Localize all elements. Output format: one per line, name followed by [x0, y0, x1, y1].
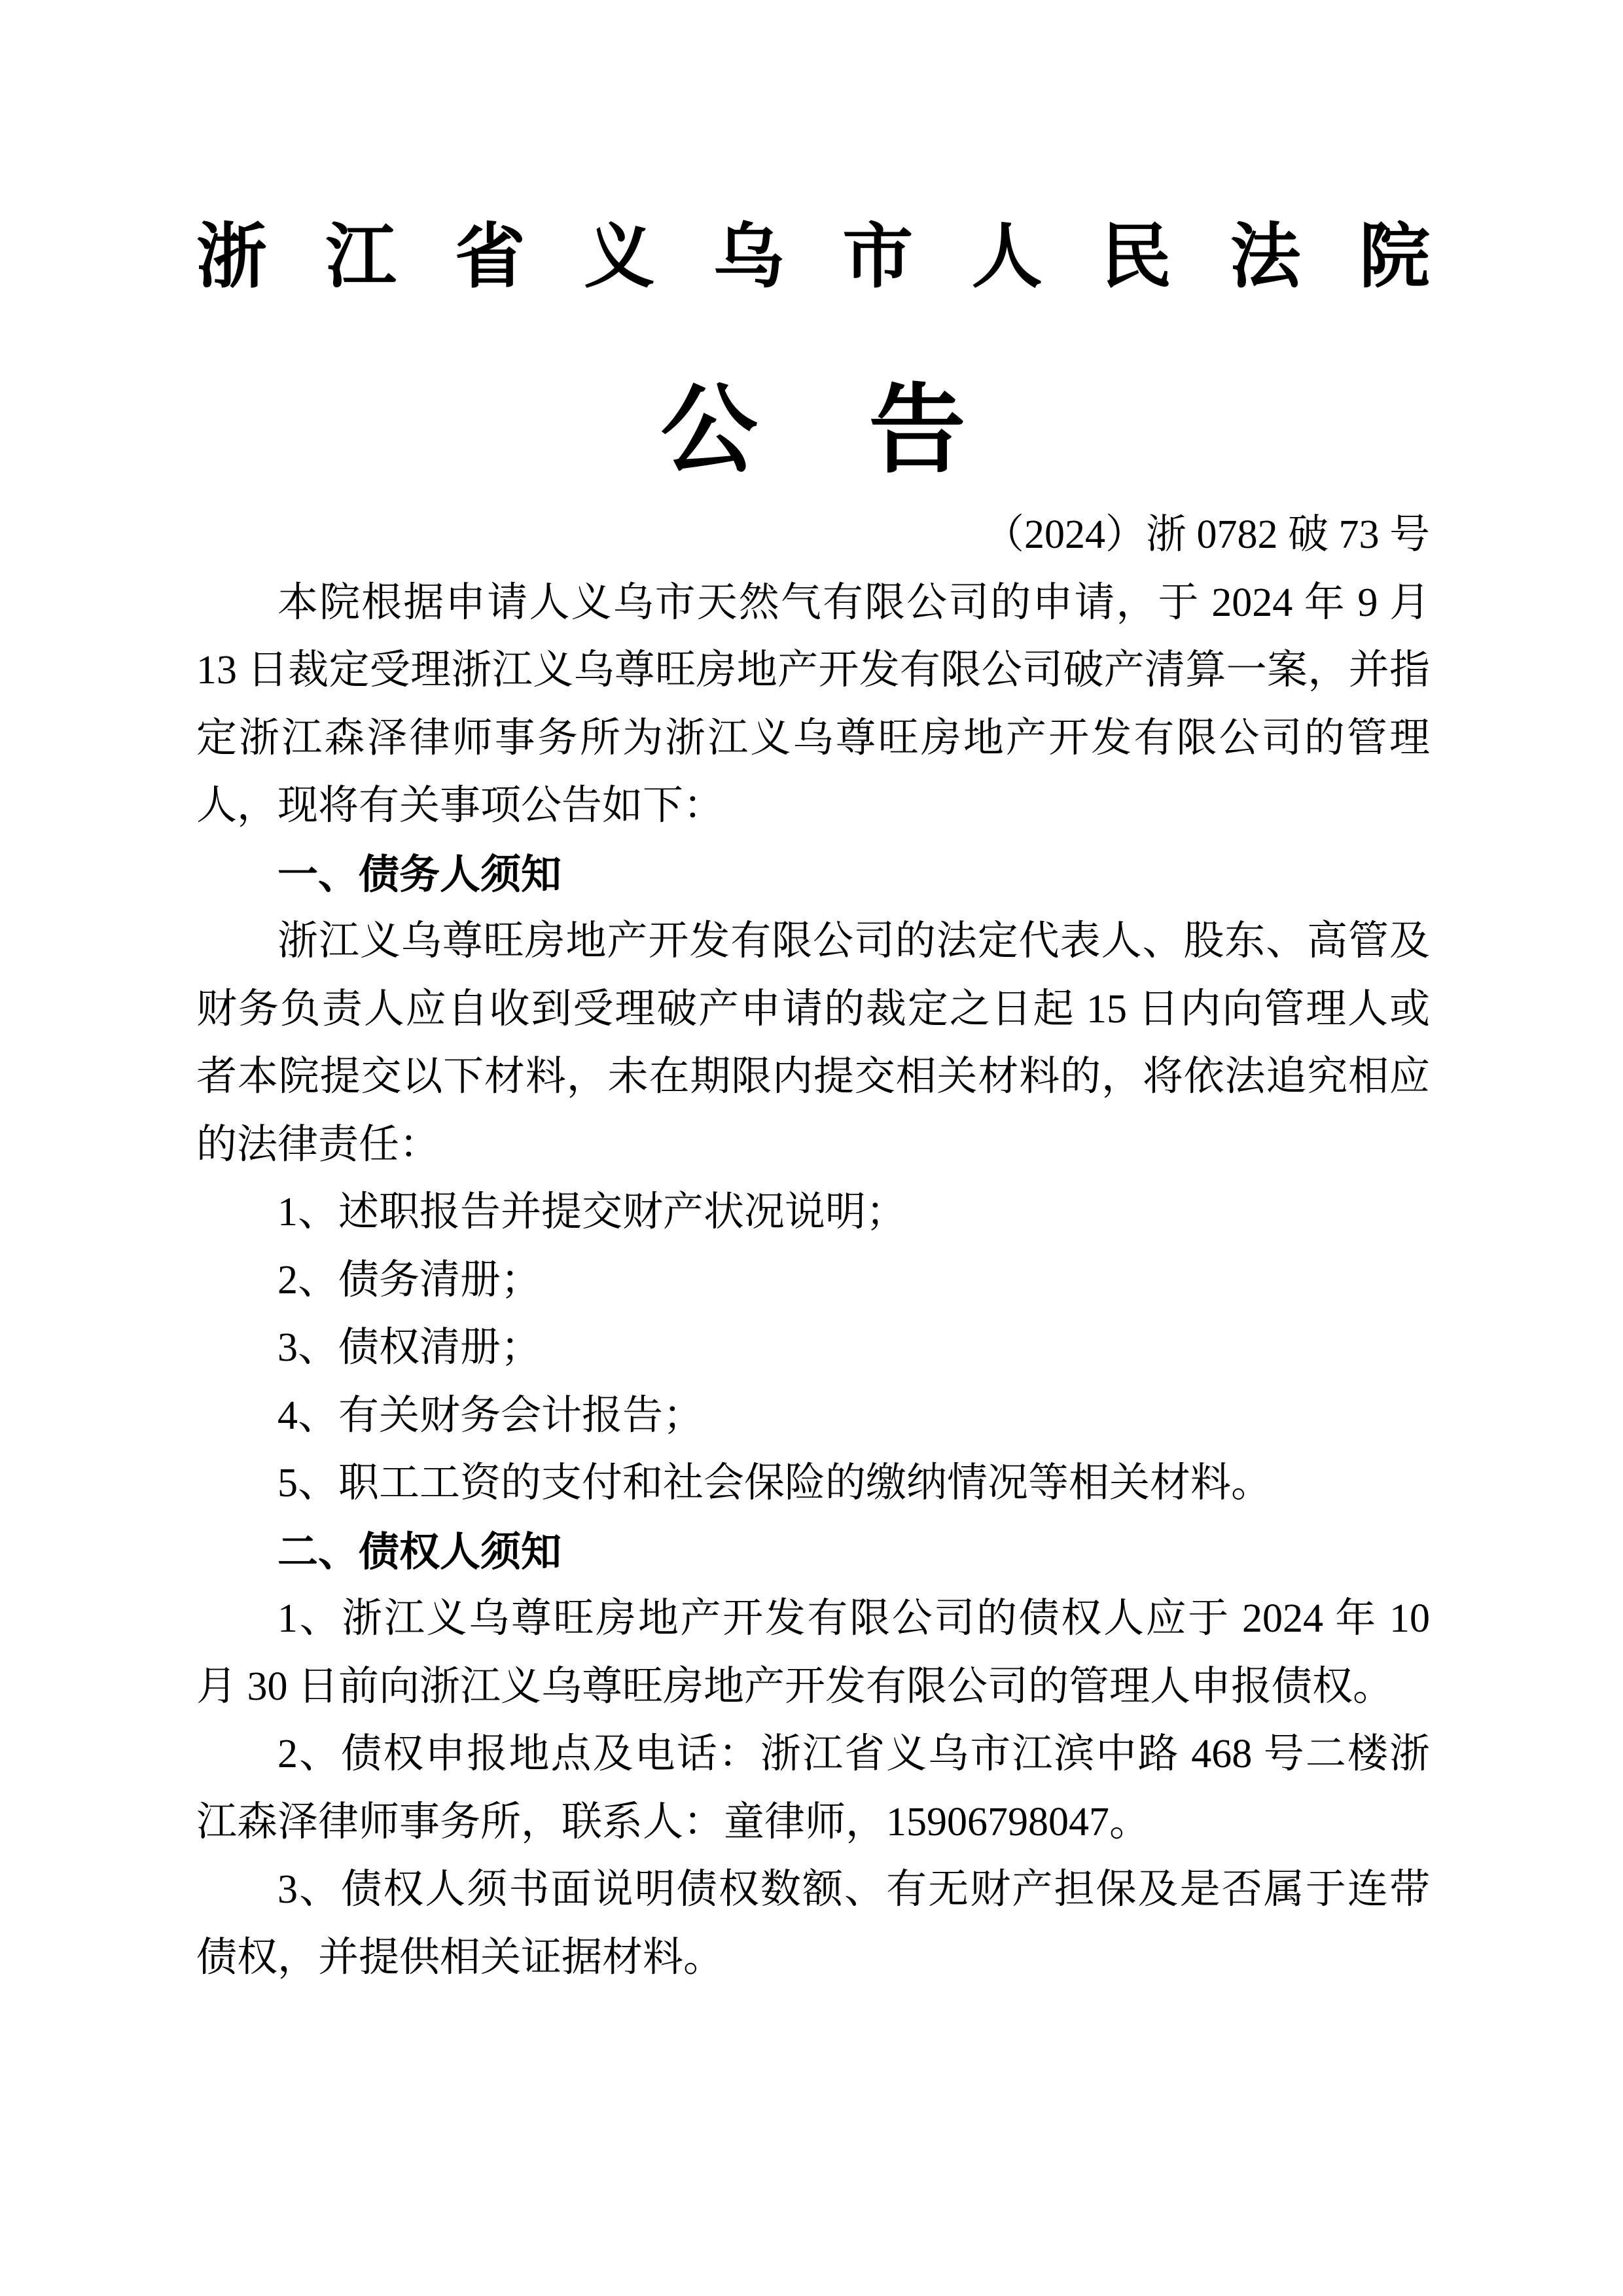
section-1-intro: 浙江义乌尊旺房地产开发有限公司的法定代表人、股东、高管及财务负责人应自收到受理破… [196, 908, 1430, 1179]
title-char: 乌 [713, 221, 784, 295]
section-1-list-item: 1、述职报告并提交财产状况说明； [196, 1179, 1430, 1247]
title-char: 市 [842, 221, 913, 295]
section-2-heading: 二、债权人须知 [196, 1518, 1430, 1586]
section-2-list-item: 1、浙江义乌尊旺房地产开发有限公司的债权人应于 2024 年 10 月 30 日… [196, 1585, 1430, 1721]
court-name-title: 浙江省义乌市人民法院 [196, 221, 1430, 295]
section-2-list-item: 3、债权人须书面说明债权数额、有无财产担保及是否属于连带债权，并提供相关证据材料… [196, 1856, 1430, 1992]
court-announcement-page: 浙江省义乌市人民法院 公告 （2024）浙 0782 破 73 号 本院根据申请… [0, 0, 1623, 2296]
section-1-heading: 一、债务人须知 [196, 840, 1430, 908]
section-2-list-item: 2、债权申报地点及电话：浙江省义乌市江滨中路 468 号二楼浙江森泽律师事务所，… [196, 1721, 1430, 1856]
section-1-list-item: 3、债权清册； [196, 1314, 1430, 1382]
title-char: 浙 [196, 221, 267, 295]
title-char: 院 [1359, 221, 1430, 295]
title-char: 公 [661, 377, 758, 486]
title-char: 民 [1101, 221, 1171, 295]
title-char: 江 [325, 221, 396, 295]
title-char: 告 [869, 377, 966, 486]
intro-paragraph: 本院根据申请人义乌市天然气有限公司的申请，于 2024 年 9 月 13 日裁定… [196, 569, 1430, 840]
announcement-body: 本院根据申请人义乌市天然气有限公司的申请，于 2024 年 9 月 13 日裁定… [196, 569, 1430, 1992]
title-char: 人 [972, 221, 1043, 295]
case-number: （2024）浙 0782 破 73 号 [196, 501, 1430, 569]
title-char: 省 [455, 221, 526, 295]
section-1-list-item: 2、债务清册； [196, 1247, 1430, 1315]
title-char: 义 [584, 221, 654, 295]
section-1-list-item: 4、有关财务会计报告； [196, 1382, 1430, 1450]
notice-title: 公告 [196, 377, 1430, 486]
title-char: 法 [1230, 221, 1301, 295]
section-1-list-item: 5、职工工资的支付和社会保险的缴纳情况等相关材料。 [196, 1450, 1430, 1518]
